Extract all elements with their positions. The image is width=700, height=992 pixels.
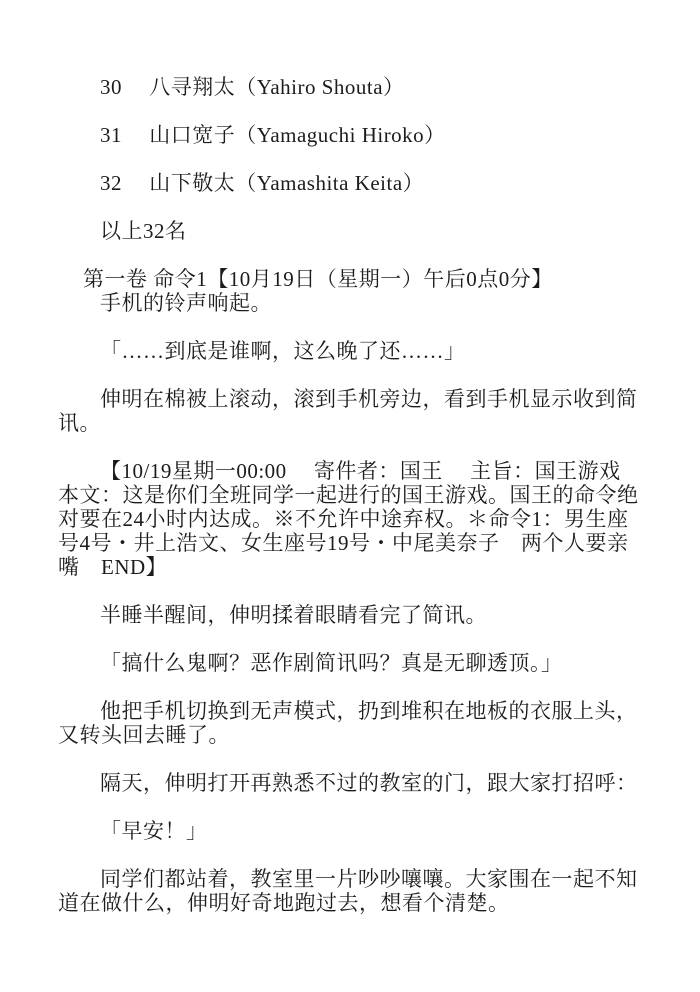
text-line: 半睡半醒间，伸明揉着眼睛看完了简讯。 xyxy=(58,603,642,627)
text-line: 【10/19星期一00:00 寄件者：国王 主旨：国王游戏 xyxy=(58,459,642,483)
text-line: 讯。 xyxy=(58,411,642,435)
text-line: 号4号・井上浩文、女生座号19号・中尾美奈子 两个人要亲 xyxy=(58,531,642,555)
text-line: 嘴 END】 xyxy=(58,555,642,579)
text-line: 道在做什么，伸明好奇地跑过去，想看个清楚。 xyxy=(58,891,642,915)
text-line: 30 八寻翔太（Yahiro Shouta） xyxy=(58,75,642,99)
text-line: 「……到底是谁啊，这么晚了还……」 xyxy=(58,339,642,363)
text-line: 以上32名 xyxy=(58,219,642,243)
text-line: 同学们都站着，教室里一片吵吵嚷嚷。大家围在一起不知 xyxy=(58,867,642,891)
text-line: 第一卷 命令1【10月19日（星期一）午后0点0分】 xyxy=(58,267,642,291)
document-body: 30 八寻翔太（Yahiro Shouta）31 山口宽子（Yamaguchi … xyxy=(58,75,642,915)
text-line: 他把手机切换到无声模式，扔到堆积在地板的衣服上头， xyxy=(58,699,642,723)
text-line: 隔天，伸明打开再熟悉不过的教室的门，跟大家打招呼： xyxy=(58,771,642,795)
text-line: 手机的铃声响起。 xyxy=(58,291,642,315)
text-line: 「搞什么鬼啊？恶作剧简讯吗？真是无聊透顶。」 xyxy=(58,651,642,675)
text-line: 32 山下敬太（Yamashita Keita） xyxy=(58,171,642,195)
text-line: 对要在24小时内达成。※不允许中途弃权。＊命令1：男生座 xyxy=(58,507,642,531)
document-page: 30 八寻翔太（Yahiro Shouta）31 山口宽子（Yamaguchi … xyxy=(0,0,700,992)
text-line: 本文：这是你们全班同学一起进行的国王游戏。国王的命令绝 xyxy=(58,483,642,507)
text-line: 伸明在棉被上滚动，滚到手机旁边，看到手机显示收到简 xyxy=(58,387,642,411)
text-line: 「早安！」 xyxy=(58,819,642,843)
text-line: 又转头回去睡了。 xyxy=(58,723,642,747)
text-line: 31 山口宽子（Yamaguchi Hiroko） xyxy=(58,123,642,147)
